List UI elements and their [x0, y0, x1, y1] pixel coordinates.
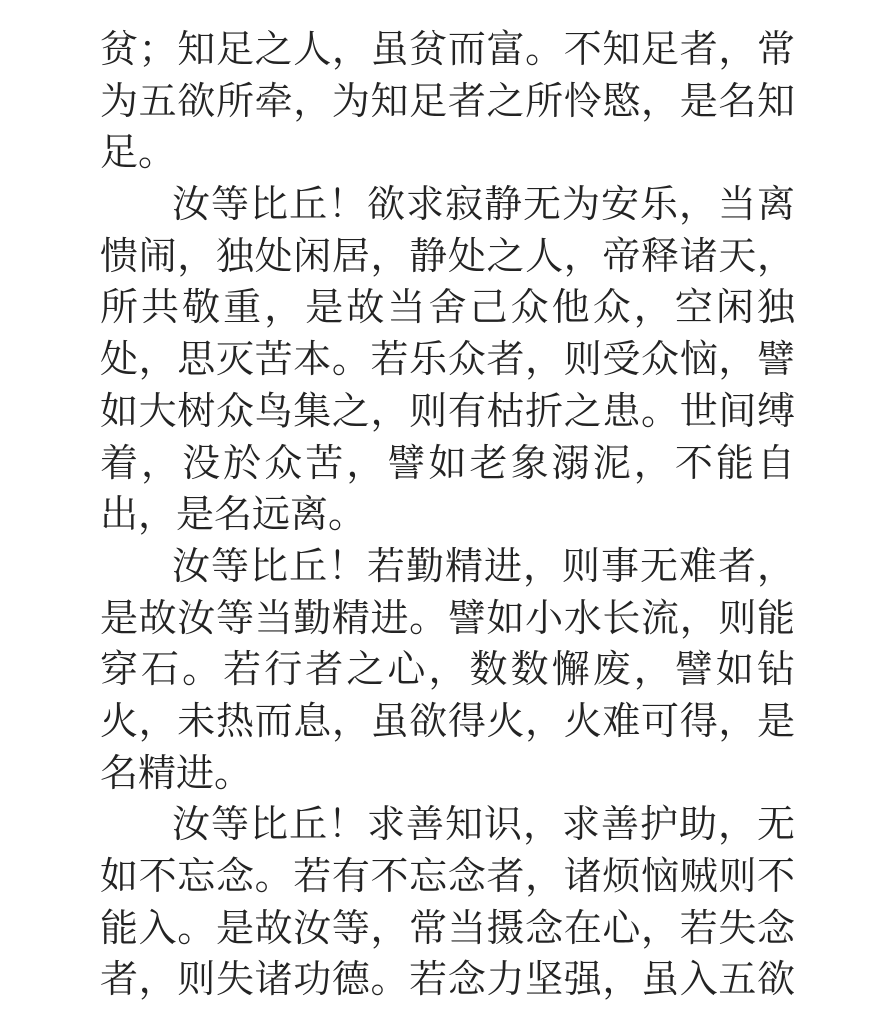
text-line: 穿石。若行者之心，数数懈废，譬如钻 [100, 645, 795, 697]
text-line: 如不忘念。若有不忘念者，诸烦恼贼则不 [100, 852, 795, 904]
text-body: 贫；知足之人，虽贫而富。不知足者，常为五欲所牵，为知足者之所怜愍，是名知足。汝等… [100, 25, 795, 1007]
text-line: 如大树众鸟集之，则有枯折之患。世间缚 [100, 387, 795, 439]
text-line: 汝等比丘！求善知识，求善护助，无 [100, 800, 795, 852]
text-line: 所共敬重，是故当舍己众他众，空闲独 [100, 283, 795, 335]
text-line: 者，则失诸功德。若念力坚强，虽入五欲 [100, 955, 795, 1007]
text-line: 名精进。 [100, 749, 795, 801]
text-line: 汝等比丘！欲求寂静无为安乐，当离 [100, 180, 795, 232]
text-line: 火，未热而息，虽欲得火，火难可得，是 [100, 697, 795, 749]
text-line: 出，是名远离。 [100, 490, 795, 542]
text-line: 是故汝等当勤精进。譬如小水长流，则能 [100, 594, 795, 646]
text-line: 着，没於众苦，譬如老象溺泥，不能自 [100, 439, 795, 491]
text-line: 能入。是故汝等，常当摄念在心，若失念 [100, 904, 795, 956]
text-line: 贫；知足之人，虽贫而富。不知足者，常 [100, 25, 795, 77]
document-page: 贫；知足之人，虽贫而富。不知足者，常为五欲所牵，为知足者之所怜愍，是名知足。汝等… [0, 0, 877, 1024]
text-line: 为五欲所牵，为知足者之所怜愍，是名知 [100, 77, 795, 129]
text-line: 愦闹，独处闲居，静处之人，帝释诸天， [100, 232, 795, 284]
text-line: 处，思灭苦本。若乐众者，则受众恼，譬 [100, 335, 795, 387]
text-line: 汝等比丘！若勤精进，则事无难者， [100, 542, 795, 594]
text-line: 足。 [100, 128, 795, 180]
